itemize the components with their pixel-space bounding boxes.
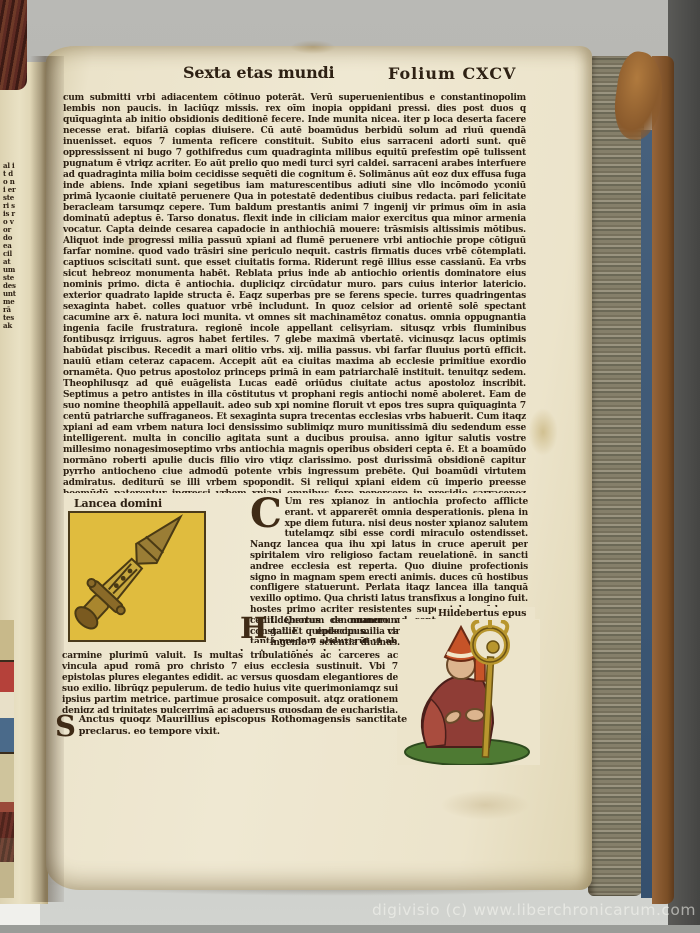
page-stain — [290, 40, 336, 54]
verso-art-segment — [0, 692, 14, 718]
verso-art-segment — [0, 662, 14, 692]
holy-lance-icon — [70, 513, 204, 640]
paragraph-hildebert-intro: HIldebertus cenomanorum gallie episcopus… — [240, 616, 400, 651]
page-stain — [440, 790, 530, 820]
section-title: Sexta etas mundi — [183, 63, 353, 82]
drop-cap-h: H — [240, 616, 267, 641]
verso-art-segment — [0, 752, 14, 802]
spine-textile — [0, 812, 14, 862]
fore-edge-page-stack — [588, 56, 644, 896]
verso-text-fragment: al it do ni er ste ri sis ro vor do ea c… — [3, 162, 16, 632]
bishop-illustration — [397, 619, 540, 765]
paragraph-hildebert-body: carmine plurimū valuit. Is multas tribul… — [62, 651, 398, 713]
leather-cover-edge — [652, 56, 674, 904]
main-text-block: cum submitti vrbi adiacentem cōtinuo pot… — [63, 93, 526, 493]
gutter-shadow — [30, 56, 64, 902]
book-photograph: al it do ni er ste ri sis ro vor do ea c… — [0, 0, 700, 933]
paragraph-maurillius-text: Anctus quoqz Maurillius episcopus Rothom… — [79, 714, 407, 737]
drop-cap-c: C — [250, 497, 282, 530]
page-stain — [528, 408, 558, 456]
watermark: digivisio (c) www.liberchronicarum.com — [372, 901, 698, 919]
drop-cap-s: S — [55, 714, 76, 739]
lance-illustration — [68, 511, 206, 642]
paragraph-maurillius: SAnctus quoqz Maurillius episcopus Rotho… — [55, 714, 407, 750]
table-edge — [0, 925, 700, 933]
bishop-label: Hildebertus epus — [436, 607, 535, 620]
folio-number: Folium CXCV — [388, 64, 538, 83]
lance-caption: Lancea domini — [74, 497, 214, 510]
verso-illustration-sliver — [0, 620, 14, 930]
spine-textile — [0, 0, 27, 90]
bishop-hildebertus-icon — [397, 619, 540, 765]
verso-art-segment — [0, 620, 14, 662]
verso-art-segment — [0, 718, 14, 752]
